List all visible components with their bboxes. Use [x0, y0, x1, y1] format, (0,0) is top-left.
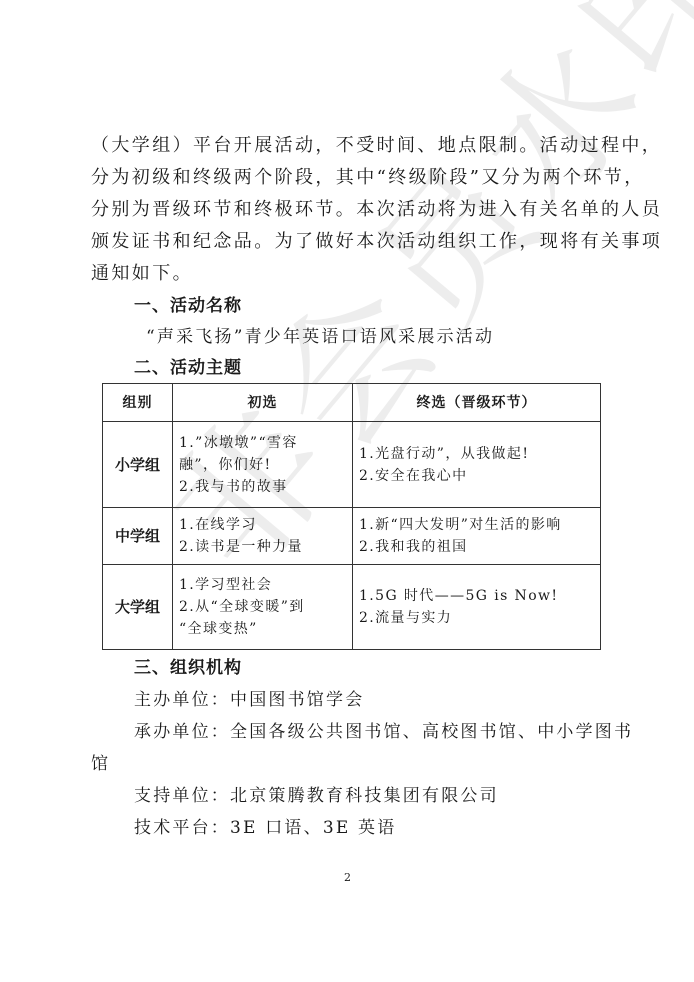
topic-line: “全球变热”	[179, 618, 346, 640]
intro-line: 分为初级和终级两个阶段，其中“终级阶段”又分为两个环节，	[91, 166, 645, 190]
topic-line: 1.在线学习	[179, 514, 346, 536]
topic-line: 1.学习型社会	[179, 574, 346, 596]
topic-line: 2.从“全球变暖”到	[179, 596, 346, 618]
group-cell: 小学组	[103, 422, 173, 508]
preliminary-cell: 1.”冰墩墩”“雪容 融”，你们好! 2.我与书的故事	[173, 422, 353, 508]
topic-line: 2.安全在我心中	[359, 465, 594, 487]
page-number: 2	[344, 871, 351, 884]
section-heading-name: 一、活动名称	[134, 294, 242, 318]
organizer-unit: 承办单位：全国各级公共图书馆、高校图书馆、中小学图书	[134, 720, 633, 744]
intro-line: 分别为晋级环节和终极环节。本次活动将为进入有关名单的人员	[91, 198, 662, 222]
table-row: 大学组 1.学习型社会 2.从“全球变暖”到 “全球变热” 1.5G 时代——5…	[103, 565, 601, 650]
topic-line: 2.我与书的故事	[179, 476, 346, 498]
header-group: 组别	[103, 384, 173, 422]
header-preliminary: 初选	[173, 384, 353, 422]
supporter-unit: 支持单位：北京策腾教育科技集团有限公司	[134, 784, 499, 808]
document-page: 非会员水印 （大学组）平台开展活动，不受时间、地点限制。活动过程中， 分为初级和…	[0, 0, 694, 982]
tech-platform: 技术平台：3E 口语、3E 英语	[134, 816, 396, 840]
preliminary-cell: 1.学习型社会 2.从“全球变暖”到 “全球变热”	[173, 565, 353, 650]
intro-line: 通知如下。	[91, 262, 193, 286]
table-row: 小学组 1.”冰墩墩”“雪容 融”，你们好! 2.我与书的故事 1.光盘行动”，…	[103, 422, 601, 508]
final-cell: 1.新“四大发明”对生活的影响 2.我和我的祖国	[353, 508, 601, 565]
topic-line: 2.读书是一种力量	[179, 536, 346, 558]
topic-line: 1.”冰墩墩”“雪容	[179, 432, 346, 454]
header-final: 终选（晋级环节）	[353, 384, 601, 422]
topic-line: 融”，你们好!	[179, 454, 346, 476]
group-cell: 中学组	[103, 508, 173, 565]
section-heading-organization: 三、组织机构	[134, 656, 242, 680]
topic-line: 2.流量与实力	[359, 607, 594, 629]
theme-table: 组别 初选 终选（晋级环节） 小学组 1.”冰墩墩”“雪容 融”，你们好! 2.…	[102, 383, 601, 650]
group-cell: 大学组	[103, 565, 173, 650]
preliminary-cell: 1.在线学习 2.读书是一种力量	[173, 508, 353, 565]
topic-line: 1.新“四大发明”对生活的影响	[359, 514, 594, 536]
final-cell: 1.光盘行动”，从我做起! 2.安全在我心中	[353, 422, 601, 508]
table-header-row: 组别 初选 终选（晋级环节）	[103, 384, 601, 422]
topic-line: 1.5G 时代——5G is Now!	[359, 585, 594, 607]
topic-line: 1.光盘行动”，从我做起!	[359, 443, 594, 465]
topic-line: 2.我和我的祖国	[359, 536, 594, 558]
final-cell: 1.5G 时代——5G is Now! 2.流量与实力	[353, 565, 601, 650]
organizer-unit-wrap: 馆	[91, 752, 110, 776]
intro-line: （大学组）平台开展活动，不受时间、地点限制。活动过程中，	[91, 134, 662, 158]
section-heading-theme: 二、活动主题	[134, 356, 242, 380]
activity-name: “声采飞扬”青少年英语口语风采展示活动	[146, 325, 494, 349]
intro-line: 颁发证书和纪念品。为了做好本次活动组织工作，现将有关事项	[91, 230, 662, 254]
host-unit: 主办单位：中国图书馆学会	[134, 688, 364, 712]
table-row: 中学组 1.在线学习 2.读书是一种力量 1.新“四大发明”对生活的影响 2.我…	[103, 508, 601, 565]
